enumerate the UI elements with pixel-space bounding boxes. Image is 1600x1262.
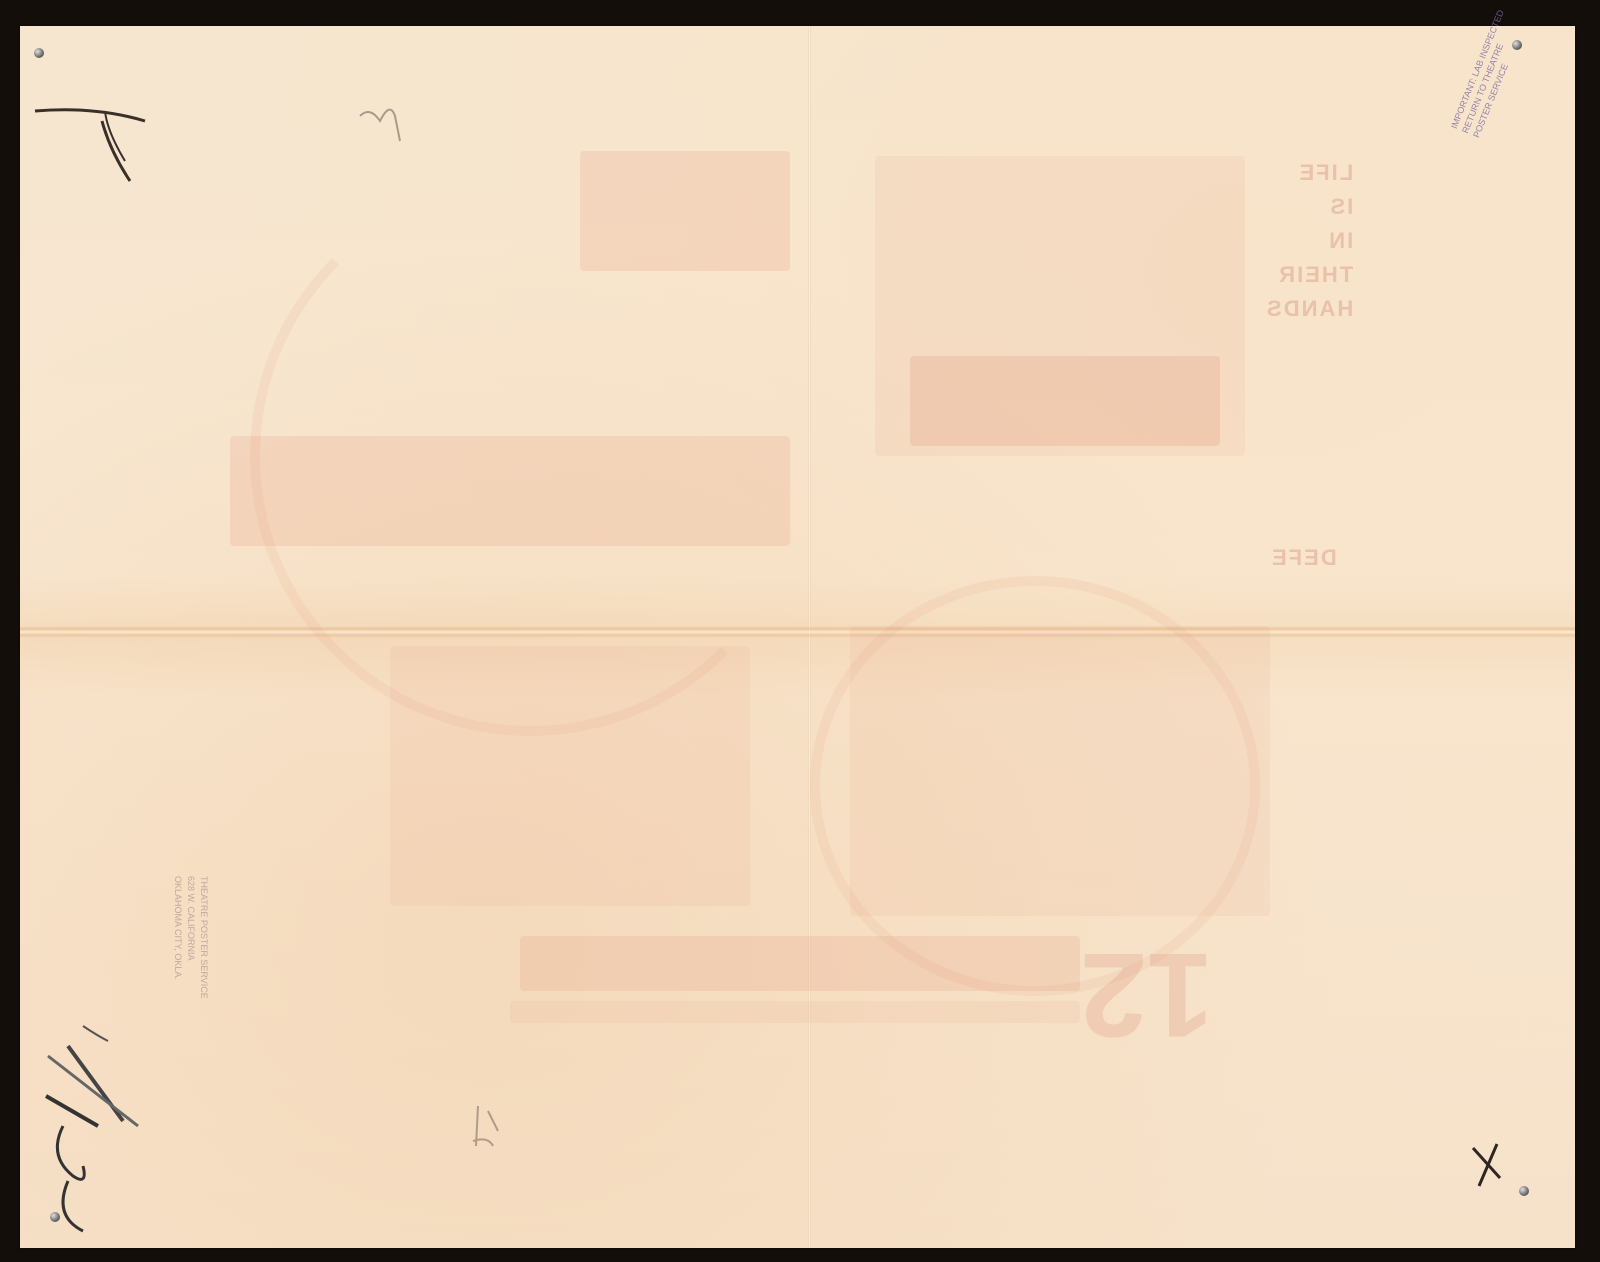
pencil-x-top-left — [35, 71, 155, 195]
stamp-line: THEATRE POSTER SERVICE — [197, 876, 210, 999]
pushpin-top-right — [1512, 40, 1522, 50]
stamp-bottom-left: THEATRE POSTER SERVICE 628 W. CALIFORNIA… — [171, 876, 210, 999]
ghost-line: THEIR — [1265, 258, 1353, 292]
pencil-inventory-code — [38, 1006, 158, 1240]
pencil-note-top — [350, 96, 410, 150]
stamp-top-right: IMPORTANT: LAB INSPECTED RETURN TO THEAT… — [1448, 8, 1529, 139]
pushpin-bottom-right — [1519, 1186, 1529, 1196]
ghost-line: IN — [1265, 224, 1353, 258]
ghost-word: DEFE — [1270, 541, 1337, 575]
pushpin-top-left — [34, 48, 44, 58]
ghost-line: HANDS — [1265, 292, 1353, 326]
ghost-art-block — [910, 356, 1220, 446]
ghost-line: IS — [1265, 190, 1353, 224]
ghost-title-number: 12 — [1080, 926, 1213, 1064]
horizontal-fold — [20, 626, 1575, 638]
ghost-line: LIFE — [1265, 156, 1353, 190]
ghost-tagline: LIFE IS IN THEIR HANDS — [1265, 156, 1353, 326]
ghost-face — [390, 646, 750, 906]
pencil-initials — [468, 1101, 508, 1155]
stamp-line: 628 W. CALIFORNIA — [184, 876, 197, 999]
ghost-title-bar — [520, 936, 1080, 991]
ghost-credit-bar — [510, 1001, 1080, 1023]
pushpin-bottom-left — [50, 1212, 60, 1222]
poster-back: LIFE IS IN THEIR HANDS DEFE 12 IMPORTANT… — [20, 26, 1575, 1248]
pencil-x-bottom-right — [1465, 1138, 1505, 1192]
ghost-face — [850, 626, 1270, 916]
stamp-line: OKLAHOMA CITY, OKLA. — [171, 876, 184, 999]
